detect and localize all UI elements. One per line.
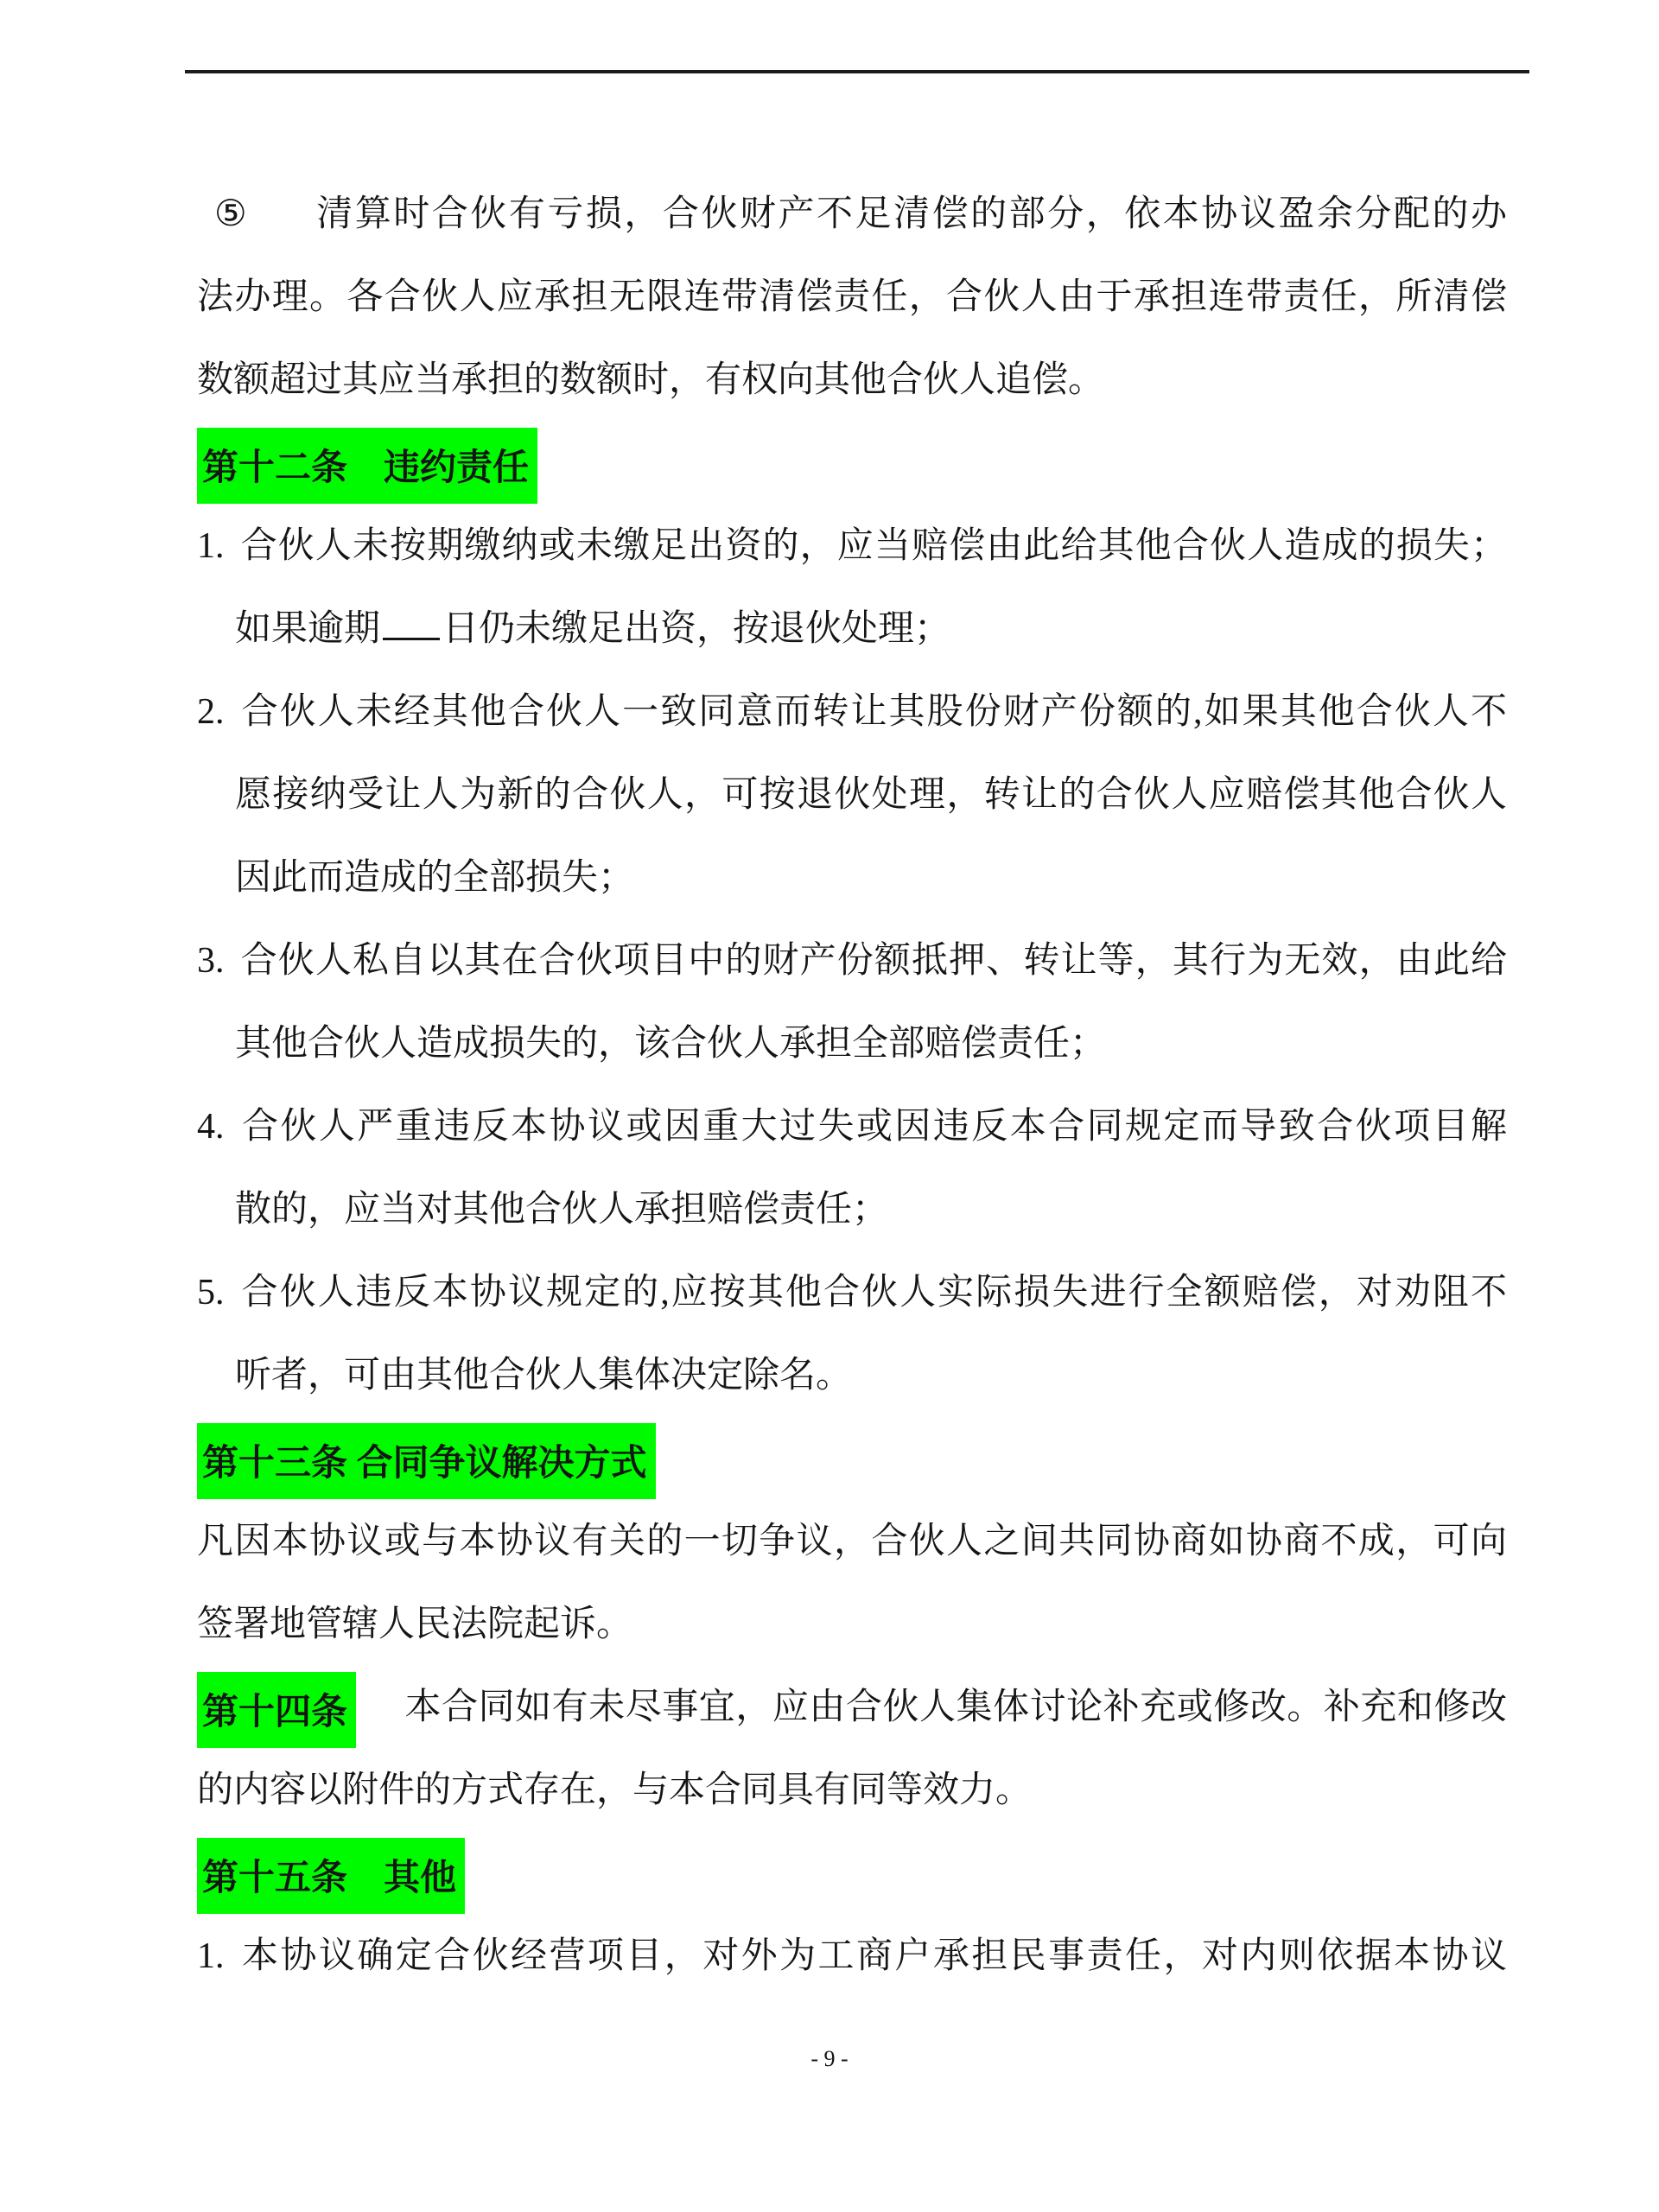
document-body: ⑤清算时合伙有亏损，合伙财产不足清偿的部分，依本协议盈余分配的办 法办理。各合伙… (197, 173, 1507, 1998)
item-1-text-2-post: 日仍未缴足出资，按退伙处理； (442, 609, 950, 649)
article-13-line-2: 签署地管辖人民法院起诉。 (197, 1583, 1507, 1666)
item-2-text-1: 合伙人未经其他合伙人一致同意而转让其股份财产份额的,如果其他合伙人不 (240, 692, 1508, 732)
article-15-item-1-number: 1. (197, 1936, 225, 1976)
item-2-number: 2. (197, 692, 225, 732)
article-15-item-1-text: 本协议确定合伙经营项目，对外为工商户承担民事责任，对内则依据本协议 (240, 1936, 1508, 1976)
item-4-text-2: 散的，应当对其他合伙人承担赔偿责任； (235, 1190, 888, 1230)
clause-5-text-1: 清算时合伙有亏损，合伙财产不足清偿的部分，依本协议盈余分配的办 (316, 194, 1507, 234)
article-14-text-2: 的内容以附件的方式存在，与本合同具有同等效力。 (197, 1770, 1032, 1810)
article-13-text-1: 凡因本协议或与本协议有关的一切争议，合伙人之间共同协商如协商不成，可向 (197, 1522, 1507, 1561)
item-1-text-1: 合伙人未按期缴纳或未缴足出资的，应当赔偿由此给其他合伙人造成的损失； (240, 526, 1508, 566)
item-3-text-2: 其他合伙人造成损失的，该合伙人承担全部赔偿责任； (235, 1024, 1106, 1064)
article-12-item-1-line-1: 1.合伙人未按期缴纳或未缴足出资的，应当赔偿由此给其他合伙人造成的损失； (197, 505, 1507, 588)
article-14-heading: 第十四条 (197, 1672, 356, 1748)
article-12-item-2-line-3: 因此而造成的全部损失； (197, 836, 1507, 919)
article-14-text-1: 本合同如有未尽事宜，应由合伙人集体讨论补充或修改。补充和修改 (404, 1688, 1507, 1727)
article-14-line-1: 第十四条本合同如有未尽事宜，应由合伙人集体讨论补充或修改。补充和修改 (197, 1666, 1507, 1749)
document-page: ⑤清算时合伙有亏损，合伙财产不足清偿的部分，依本协议盈余分配的办 法办理。各合伙… (0, 0, 1659, 2212)
article-12-item-2-line-2: 愿接纳受让人为新的合伙人，可按退伙处理，转让的合伙人应赔偿其他合伙人 (197, 753, 1507, 836)
item-5-text-1: 合伙人违反本协议规定的,应按其他合伙人实际损失进行全额赔偿，对劝阻不 (240, 1273, 1508, 1313)
item-1-number: 1. (197, 526, 225, 566)
clause-5-line-3: 数额超过其应当承担的数额时，有权向其他合伙人追偿。 (197, 339, 1507, 422)
article-13-text-2: 签署地管辖人民法院起诉。 (197, 1605, 632, 1644)
item-4-number: 4. (197, 1107, 225, 1147)
article-13-line-1: 凡因本协议或与本协议有关的一切争议，合伙人之间共同协商如协商不成，可向 (197, 1500, 1507, 1583)
circled-five-marker: ⑤ (214, 194, 249, 234)
article-13-heading: 第十三条 合同争议解决方式 (197, 1423, 656, 1499)
item-2-text-2: 愿接纳受让人为新的合伙人，可按退伙处理，转让的合伙人应赔偿其他合伙人 (235, 775, 1507, 815)
item-5-number: 5. (197, 1273, 225, 1313)
article-12-item-4-line-2: 散的，应当对其他合伙人承担赔偿责任； (197, 1168, 1507, 1251)
article-15-heading-row: 第十五条 其他 (197, 1832, 1507, 1915)
header-rule (185, 70, 1529, 73)
item-3-text-1: 合伙人私自以其在合伙项目中的财产份额抵押、转让等，其行为无效，由此给 (240, 941, 1508, 981)
clause-5-text-3: 数额超过其应当承担的数额时，有权向其他合伙人追偿。 (197, 360, 1104, 400)
page-number: - 9 - (0, 2046, 1659, 2072)
article-15-heading: 第十五条 其他 (197, 1838, 465, 1914)
item-3-number: 3. (197, 941, 225, 981)
article-13-heading-row: 第十三条 合同争议解决方式 (197, 1417, 1507, 1500)
item-5-text-2: 听者，可由其他合伙人集体决定除名。 (235, 1356, 852, 1395)
item-4-text-1: 合伙人严重违反本协议或因重大过失或因违反本合同规定而导致合伙项目解 (240, 1107, 1508, 1147)
article-12-item-3-line-1: 3.合伙人私自以其在合伙项目中的财产份额抵押、转让等，其行为无效，由此给 (197, 919, 1507, 1002)
article-12-item-5-line-2: 听者，可由其他合伙人集体决定除名。 (197, 1334, 1507, 1417)
item-1-text-2-pre: 如果逾期 (235, 609, 380, 649)
item-2-text-3: 因此而造成的全部损失； (235, 858, 634, 898)
article-14-line-2: 的内容以附件的方式存在，与本合同具有同等效力。 (197, 1749, 1507, 1832)
article-12-item-5-line-1: 5.合伙人违反本协议规定的,应按其他合伙人实际损失进行全额赔偿，对劝阻不 (197, 1251, 1507, 1334)
clause-5-line-1: ⑤清算时合伙有亏损，合伙财产不足清偿的部分，依本协议盈余分配的办 (197, 173, 1507, 256)
article-15-item-1-line-1: 1.本协议确定合伙经营项目，对外为工商户承担民事责任，对内则依据本协议 (197, 1915, 1507, 1998)
article-12-heading: 第十二条 违约责任 (197, 428, 537, 504)
article-12-item-1-line-2: 如果逾期日仍未缴足出资，按退伙处理； (197, 588, 1507, 671)
fill-in-blank-underline (383, 635, 440, 640)
article-12-item-4-line-1: 4.合伙人严重违反本协议或因重大过失或因违反本合同规定而导致合伙项目解 (197, 1085, 1507, 1168)
article-12-item-2-line-1: 2.合伙人未经其他合伙人一致同意而转让其股份财产份额的,如果其他合伙人不 (197, 671, 1507, 753)
clause-5-text-2: 法办理。各合伙人应承担无限连带清偿责任，合伙人由于承担连带责任，所清偿 (197, 277, 1507, 317)
article-12-heading-row: 第十二条 违约责任 (197, 422, 1507, 505)
clause-5-line-2: 法办理。各合伙人应承担无限连带清偿责任，合伙人由于承担连带责任，所清偿 (197, 256, 1507, 339)
article-12-item-3-line-2: 其他合伙人造成损失的，该合伙人承担全部赔偿责任； (197, 1002, 1507, 1085)
